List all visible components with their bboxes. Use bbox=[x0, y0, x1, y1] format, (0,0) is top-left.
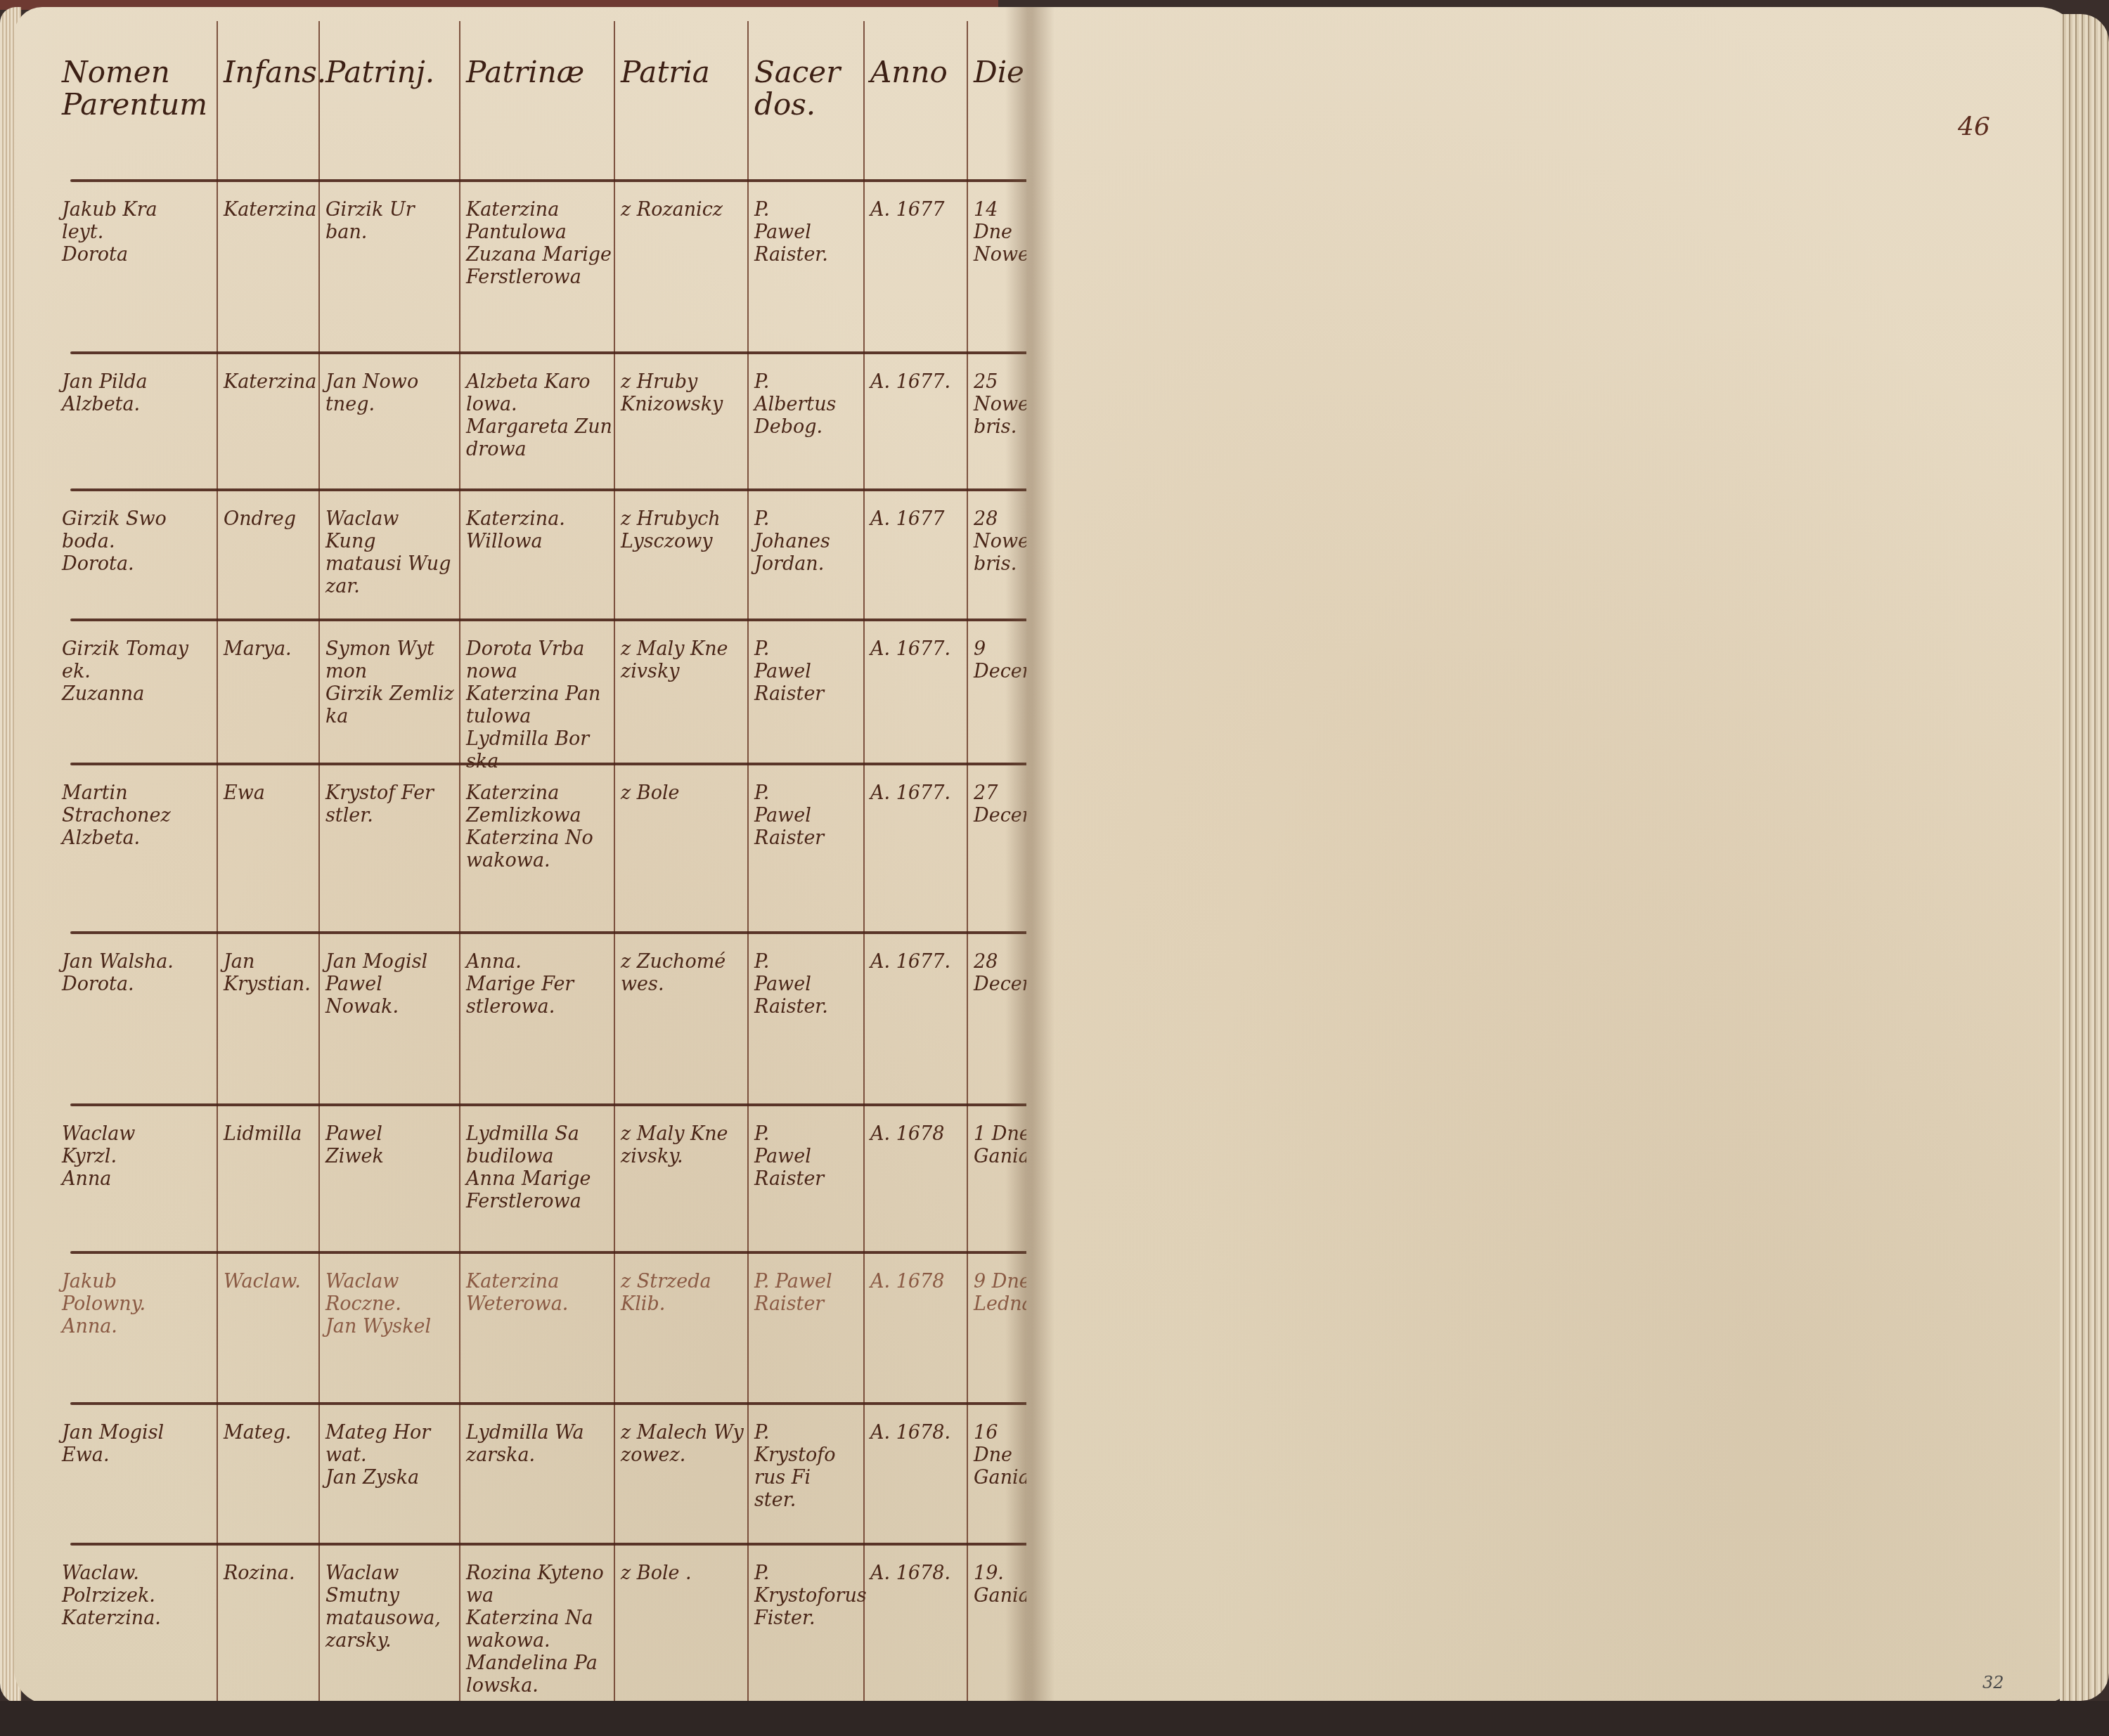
entry-godfathers: Waclaw Smutny matausowa, zarsky. bbox=[325, 1562, 460, 1652]
entry-priest: P. Krystoforus Fister. bbox=[754, 1562, 865, 1630]
entry-godmothers: Dorota Vrba nowa Katerzina Pan tulowa Ly… bbox=[466, 638, 615, 773]
row-rule bbox=[70, 1103, 1026, 1106]
entry-parents: Martin Strachonez Alzbeta. bbox=[62, 782, 218, 850]
row-rule bbox=[70, 618, 1026, 621]
entry-priest: P. Pawel Raister bbox=[754, 782, 865, 850]
column-header: Infans. bbox=[224, 56, 318, 89]
entry-godfathers: Symon Wyt mon Girzik Zemliz ka bbox=[325, 638, 460, 728]
right-page: Nomen ParentuInfans.PatrinjPatrinePatrig… bbox=[1026, 7, 2081, 1704]
row-rule bbox=[70, 931, 1026, 934]
entry-godmothers: Lydmilla Wa zarska. bbox=[466, 1422, 615, 1467]
entry-infant: Jan Krystian. bbox=[224, 951, 320, 996]
entry-parents: Jan Pilda Alzbeta. bbox=[62, 371, 218, 416]
entry-village: z Bole bbox=[621, 782, 749, 805]
entry-godfathers: Jan Mogisl Pawel Nowak. bbox=[325, 951, 460, 1018]
entry-day: 19. Ganiarj. bbox=[974, 1562, 1026, 1607]
entry-village: z Maly Kne zivsky. bbox=[621, 1123, 749, 1168]
entry-village: z Strzeda Klib. bbox=[621, 1271, 749, 1316]
entry-parents: Jakub Kra leyt. Dorota bbox=[62, 199, 218, 266]
entry-godmothers: Alzbeta Karo lowa. Margareta Zun drowa bbox=[466, 371, 615, 461]
entry-infant: Ondreg bbox=[224, 508, 320, 531]
entry-priest: P. Pawel Raister. bbox=[754, 951, 865, 1018]
entry-godfathers: Krystof Fer stler. bbox=[325, 782, 460, 827]
entry-priest: P. Albertus Debog. bbox=[754, 371, 865, 439]
entry-infant: Lidmilla bbox=[224, 1123, 320, 1146]
entry-godfathers: Jan Nowo tneg. bbox=[325, 371, 460, 416]
entry-priest: P. Pawel Raister. bbox=[754, 199, 865, 266]
entry-day: 28 Decem bbox=[974, 951, 1026, 996]
entry-parents: Jan Mogisl Ewa. bbox=[62, 1422, 218, 1467]
column-header: Patrinj. bbox=[325, 56, 459, 89]
row-rule bbox=[70, 1402, 1026, 1405]
column-rule bbox=[967, 21, 968, 1704]
entry-day: 25 Nowem bris. bbox=[974, 371, 1026, 439]
entry-village: z Bole . bbox=[621, 1562, 749, 1585]
entry-godfathers: Waclaw Roczne. Jan Wyskel bbox=[325, 1271, 460, 1338]
entry-year: A. 1678. bbox=[870, 1562, 968, 1585]
entry-godmothers: Anna. Marige Fer stlerowa. bbox=[466, 951, 615, 1018]
entry-infant: Waclaw. bbox=[224, 1271, 320, 1293]
entry-infant: Mateg. bbox=[224, 1422, 320, 1444]
column-header: Patria bbox=[621, 56, 747, 89]
entry-priest: P. Johanes Jordan. bbox=[754, 508, 865, 576]
entry-infant: Ewa bbox=[224, 782, 320, 805]
row-rule bbox=[70, 351, 1026, 354]
entry-day: 28 Nowem bris. bbox=[974, 508, 1026, 576]
table-surface bbox=[0, 1701, 2109, 1736]
entry-infant: Katerzina bbox=[224, 199, 320, 221]
entry-year: A. 1677. bbox=[870, 782, 968, 805]
entry-day: 16 Dne Ganiarj bbox=[974, 1422, 1026, 1489]
entry-parents: Waclaw Kyrzl. Anna bbox=[62, 1123, 218, 1191]
entry-priest: P. Pawel Raister bbox=[754, 1123, 865, 1191]
entry-day: 9 Dne Ledna bbox=[974, 1271, 1026, 1316]
entry-year: A. 1678 bbox=[870, 1271, 968, 1293]
column-header: Nomen Parentum bbox=[62, 56, 217, 121]
entry-year: A. 1678. bbox=[870, 1422, 968, 1444]
entry-infant: Marya. bbox=[224, 638, 320, 661]
entry-village: z Malech Wy zowez. bbox=[621, 1422, 749, 1467]
entry-infant: Rozina. bbox=[224, 1562, 320, 1585]
entry-year: A. 1678 bbox=[870, 1123, 968, 1146]
entry-day: 1 Dne Ganiarj bbox=[974, 1123, 1026, 1168]
entry-parents: Jan Walsha. Dorota. bbox=[62, 951, 218, 996]
entry-godfathers: Mateg Hor wat. Jan Zyska bbox=[325, 1422, 460, 1489]
entry-godmothers: Lydmilla Sa budilowa Anna Marige Ferstle… bbox=[466, 1123, 615, 1213]
column-rule bbox=[318, 21, 320, 1704]
entry-village: z Hrubych Lysczowy bbox=[621, 508, 749, 553]
entry-parents: Waclaw. Polrzizek. Katerzina. bbox=[62, 1562, 218, 1630]
row-rule bbox=[70, 1251, 1026, 1254]
column-header: Die. bbox=[974, 56, 1026, 89]
entry-godmothers: Katerzina Pantulowa Zuzana Marige Ferstl… bbox=[466, 199, 615, 289]
entry-day: 9 Decemb bbox=[974, 638, 1026, 683]
entry-godmothers: Katerzina Weterowa. bbox=[466, 1271, 615, 1316]
entry-village: z Maly Kne zivsky bbox=[621, 638, 749, 683]
entry-priest: P. Pawel Raister bbox=[754, 638, 865, 706]
entry-godfathers: Girzik Ur ban. bbox=[325, 199, 460, 244]
entry-priest: P. Pawel Raister bbox=[754, 1271, 865, 1316]
entry-godmothers: Rozina Kyteno wa Katerzina Na wakowa. Ma… bbox=[466, 1562, 615, 1697]
column-header: Patrinæ bbox=[466, 56, 614, 89]
entry-year: A. 1677 bbox=[870, 508, 968, 531]
entry-godmothers: Katerzina. Willowa bbox=[466, 508, 615, 553]
right-page-edges bbox=[2060, 14, 2109, 1701]
page-bottom-number: 32 bbox=[1982, 1673, 2004, 1692]
left-page: Nomen ParentumInfans.Patrinj.PatrinæPatr… bbox=[14, 7, 1026, 1704]
folio-number: 46 bbox=[1958, 112, 1990, 141]
row-rule bbox=[70, 1543, 1026, 1546]
entry-village: z Zuchomé wes. bbox=[621, 951, 749, 996]
entry-priest: P. Krystofo rus Fi ster. bbox=[754, 1422, 865, 1512]
entry-village: z Hruby Knizowsky bbox=[621, 371, 749, 416]
entry-parents: Girzik Swo boda. Dorota. bbox=[62, 508, 218, 576]
entry-year: A. 1677. bbox=[870, 371, 968, 394]
entry-godmothers: Katerzina Zemlizkowa Katerzina No wakowa… bbox=[466, 782, 615, 872]
entry-godfathers: Pawel Ziwek bbox=[325, 1123, 460, 1168]
entry-infant: Katerzina bbox=[224, 371, 320, 394]
entry-year: A. 1677. bbox=[870, 951, 968, 973]
entry-year: A. 1677 bbox=[870, 199, 968, 221]
entry-day: 14 Dne Nowembr bbox=[974, 199, 1026, 266]
row-rule bbox=[70, 488, 1026, 491]
entry-village: z Rozanicz bbox=[621, 199, 749, 221]
entry-parents: Jakub Polowny. Anna. bbox=[62, 1271, 218, 1338]
column-header: Sacer dos. bbox=[754, 56, 863, 121]
row-rule bbox=[70, 179, 1026, 182]
entry-day: 27 Decem bbox=[974, 782, 1026, 827]
entry-parents: Girzik Tomay ek. Zuzanna bbox=[62, 638, 218, 706]
entry-year: A. 1677. bbox=[870, 638, 968, 661]
column-header: Anno bbox=[870, 56, 967, 89]
entry-godfathers: Waclaw Kung matausi Wug zar. bbox=[325, 508, 460, 598]
